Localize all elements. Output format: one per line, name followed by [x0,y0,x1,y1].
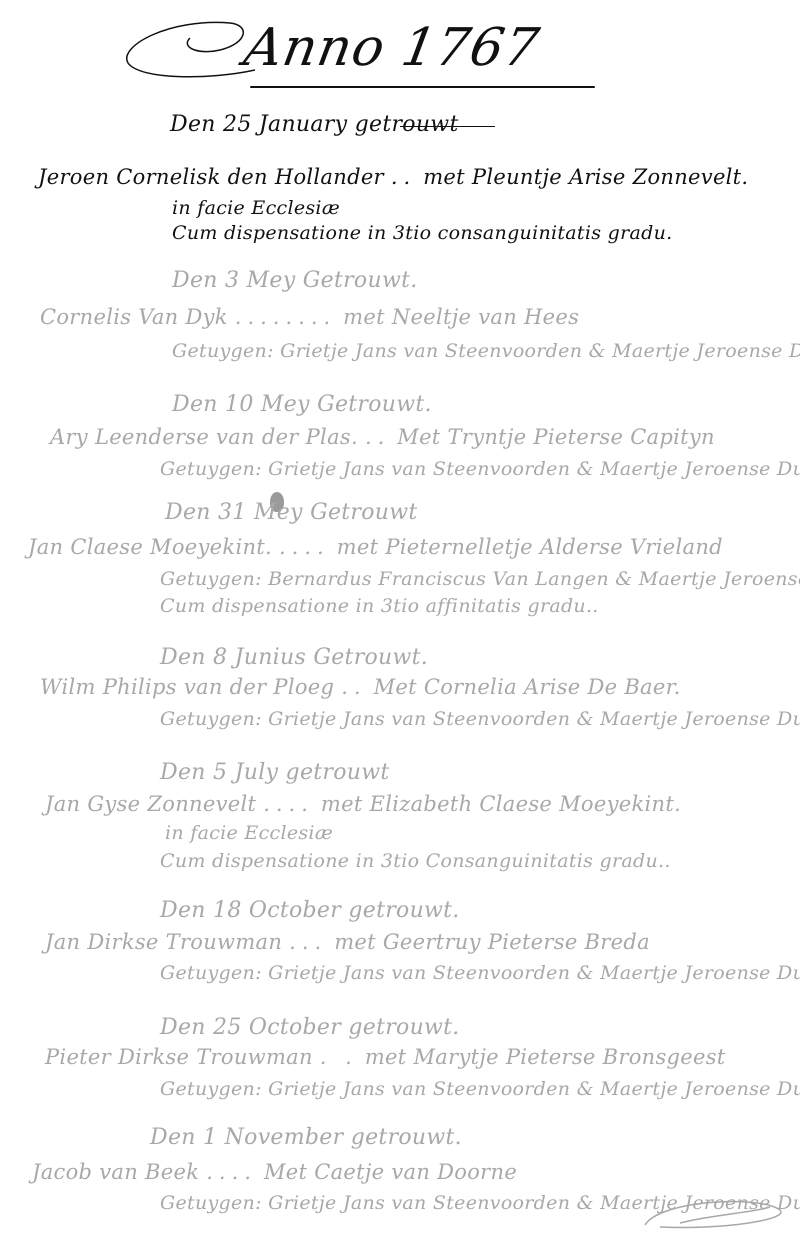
entry-marriage-line: Wilm Philips van der Ploeg .. Met Cornel… [40,675,681,699]
title-text: Anno 1767 [240,18,544,78]
entry-marriage-line: Jan Dirkse Trouwman ... met Geertruy Pie… [45,930,650,954]
bride-prefix: met [365,1045,407,1069]
separator-dots: .. [391,165,416,189]
entry-marriage-line: Cornelis Van Dyk ........ met Neeltje va… [40,305,579,329]
groom-name: Wilm Philips van der Ploeg [40,675,334,699]
entry-heading: Den 31 Mey Getrouwt [165,500,418,525]
groom-name: Jeroen Cornelisk den Hollander [38,165,384,189]
bride-prefix: met [337,535,379,559]
bride-name: Marytje Pieterse Bronsgeest [413,1045,725,1069]
entry-note: Cum dispensatione in 3tio affinitatis gr… [160,595,599,617]
heading-rule [400,126,495,127]
entry-marriage-line: Jan Claese Moeyekint. .... met Pieternel… [28,535,723,559]
entry-witnesses: Getuygen: Bernardus Franciscus Van Lange… [160,568,800,590]
bride-name: Elizabeth Claese Moeyekint. [370,792,682,816]
entry-marriage-line: Jan Gyse Zonnevelt .... met Elizabeth Cl… [45,792,681,816]
entry-marriage-line: Pieter Dirkse Trouwman . . met Marytje P… [45,1045,726,1069]
entry-heading: Den 5 July getrouwt [160,760,390,785]
entry-heading: Den 1 November getrouwt. [150,1125,462,1150]
bride-name: Caetje van Doorne [314,1160,517,1184]
groom-name: Cornelis Van Dyk [40,305,228,329]
entry-heading: Den 18 October getrouwt. [160,898,460,923]
entry-marriage-line: Jacob van Beek .... Met Caetje van Doorn… [32,1160,517,1184]
groom-name: Jan Claese Moeyekint. [28,535,272,559]
groom-name: Jan Gyse Zonnevelt [45,792,256,816]
bride-prefix: Met [397,425,440,449]
entry-note: Cum dispensatione in 3tio consanguinitat… [172,222,672,244]
bride-prefix: Met [374,675,417,699]
bride-name: Neeltje van Hees [392,305,579,329]
bride-name: Geertruy Pieterse Breda [383,930,650,954]
entry-note: in facie Ecclesiæ [165,822,333,844]
groom-name: Pieter Dirkse Trouwman [45,1045,313,1069]
bride-prefix: Met [264,1160,307,1184]
bride-prefix: met [321,792,363,816]
groom-name: Jacob van Beek [32,1160,199,1184]
separator-dots: .... [279,535,330,559]
entry-witnesses: Getuygen: Grietje Jans van Steenvoorden … [160,458,800,480]
bride-name: Tryntje Pieterse Capityn [448,425,715,449]
bride-name: Pleuntje Arise Zonnevelt. [472,165,749,189]
register-title: Anno 1767 [120,8,600,98]
entry-marriage-line: Jeroen Cornelisk den Hollander .. met Pl… [38,165,748,189]
entry-marriage-line: Ary Leenderse van der Plas. .. Met Trynt… [50,425,715,449]
separator-dots: .... [206,1160,257,1184]
separator-dots: .. [341,675,366,699]
separator-dots: ... [289,930,327,954]
bride-name: Cornelia Arise De Baer. [424,675,681,699]
title-underline [250,86,595,88]
separator-dots: .. [365,425,390,449]
separator-dots: . . [320,1045,358,1069]
separator-dots: ........ [235,305,336,329]
entry-heading: Den 8 Junius Getrouwt. [160,645,428,670]
entry-heading: Den 25 October getrouwt. [160,1015,460,1040]
bride-prefix: met [334,930,376,954]
entry-note: Cum dispensatione in 3tio Consanguinitat… [160,850,671,872]
entry-note: in facie Ecclesiæ [172,197,340,219]
entry-witnesses: Getuygen: Grietje Jans van Steenvoorden … [172,340,800,362]
entry-witnesses: Getuygen: Grietje Jans van Steenvoorden … [160,1078,800,1100]
groom-name: Ary Leenderse van der Plas. [50,425,358,449]
bride-prefix: met [343,305,385,329]
bride-name: Pieternelletje Alderse Vrieland [385,535,723,559]
separator-dots: .... [263,792,314,816]
entry-heading: Den 25 January getrouwt [170,112,459,137]
bride-prefix: met [423,165,465,189]
groom-name: Jan Dirkse Trouwman [45,930,282,954]
entry-witnesses: Getuygen: Grietje Jans van Steenvoorden … [160,962,800,984]
closing-flourish-icon [640,1195,790,1235]
entry-heading: Den 10 Mey Getrouwt. [172,392,432,417]
entry-heading: Den 3 Mey Getrouwt. [172,268,418,293]
entry-witnesses: Getuygen: Grietje Jans van Steenvoorden … [160,708,800,730]
